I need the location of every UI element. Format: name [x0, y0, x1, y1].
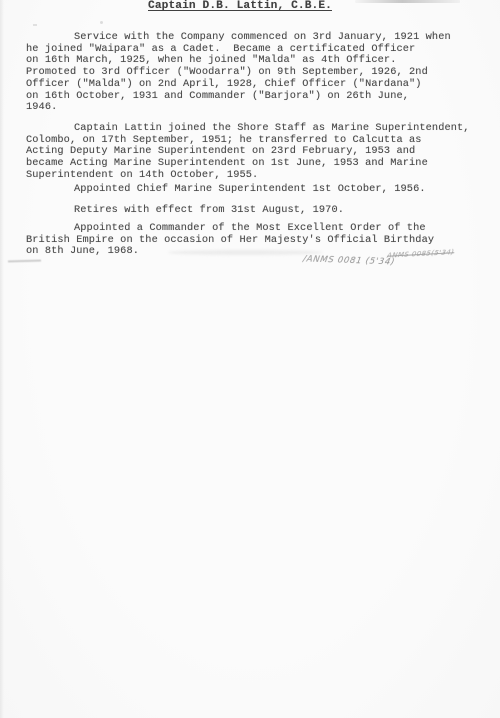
scan-smudge: [168, 250, 323, 255]
pencil-annotation-reference: /ANMS 0081 (5'34): [302, 254, 396, 267]
paragraph-service-commencement: Service with the Company commenced on 3r…: [26, 32, 486, 114]
document-title: Captain D.B. Lattin, C.B.E.: [148, 1, 332, 13]
paragraph-chief-superintendent: Appointed Chief Marine Superintendent 1s…: [26, 184, 486, 196]
scan-speck: [100, 21, 103, 24]
paragraph-retirement: Retires with effect from 31st August, 19…: [26, 205, 486, 217]
scanned-document-page: Captain D.B. Lattin, C.B.E. Service with…: [0, 0, 500, 718]
scan-mark-top-edge: [355, 0, 460, 3]
scan-edge-shadow-left: [0, 0, 4, 718]
scan-speck: [33, 24, 37, 26]
paragraph-shore-staff: Captain Lattin joined the Shore Staff as…: [26, 123, 486, 182]
pencil-dash-mark: [8, 260, 41, 263]
